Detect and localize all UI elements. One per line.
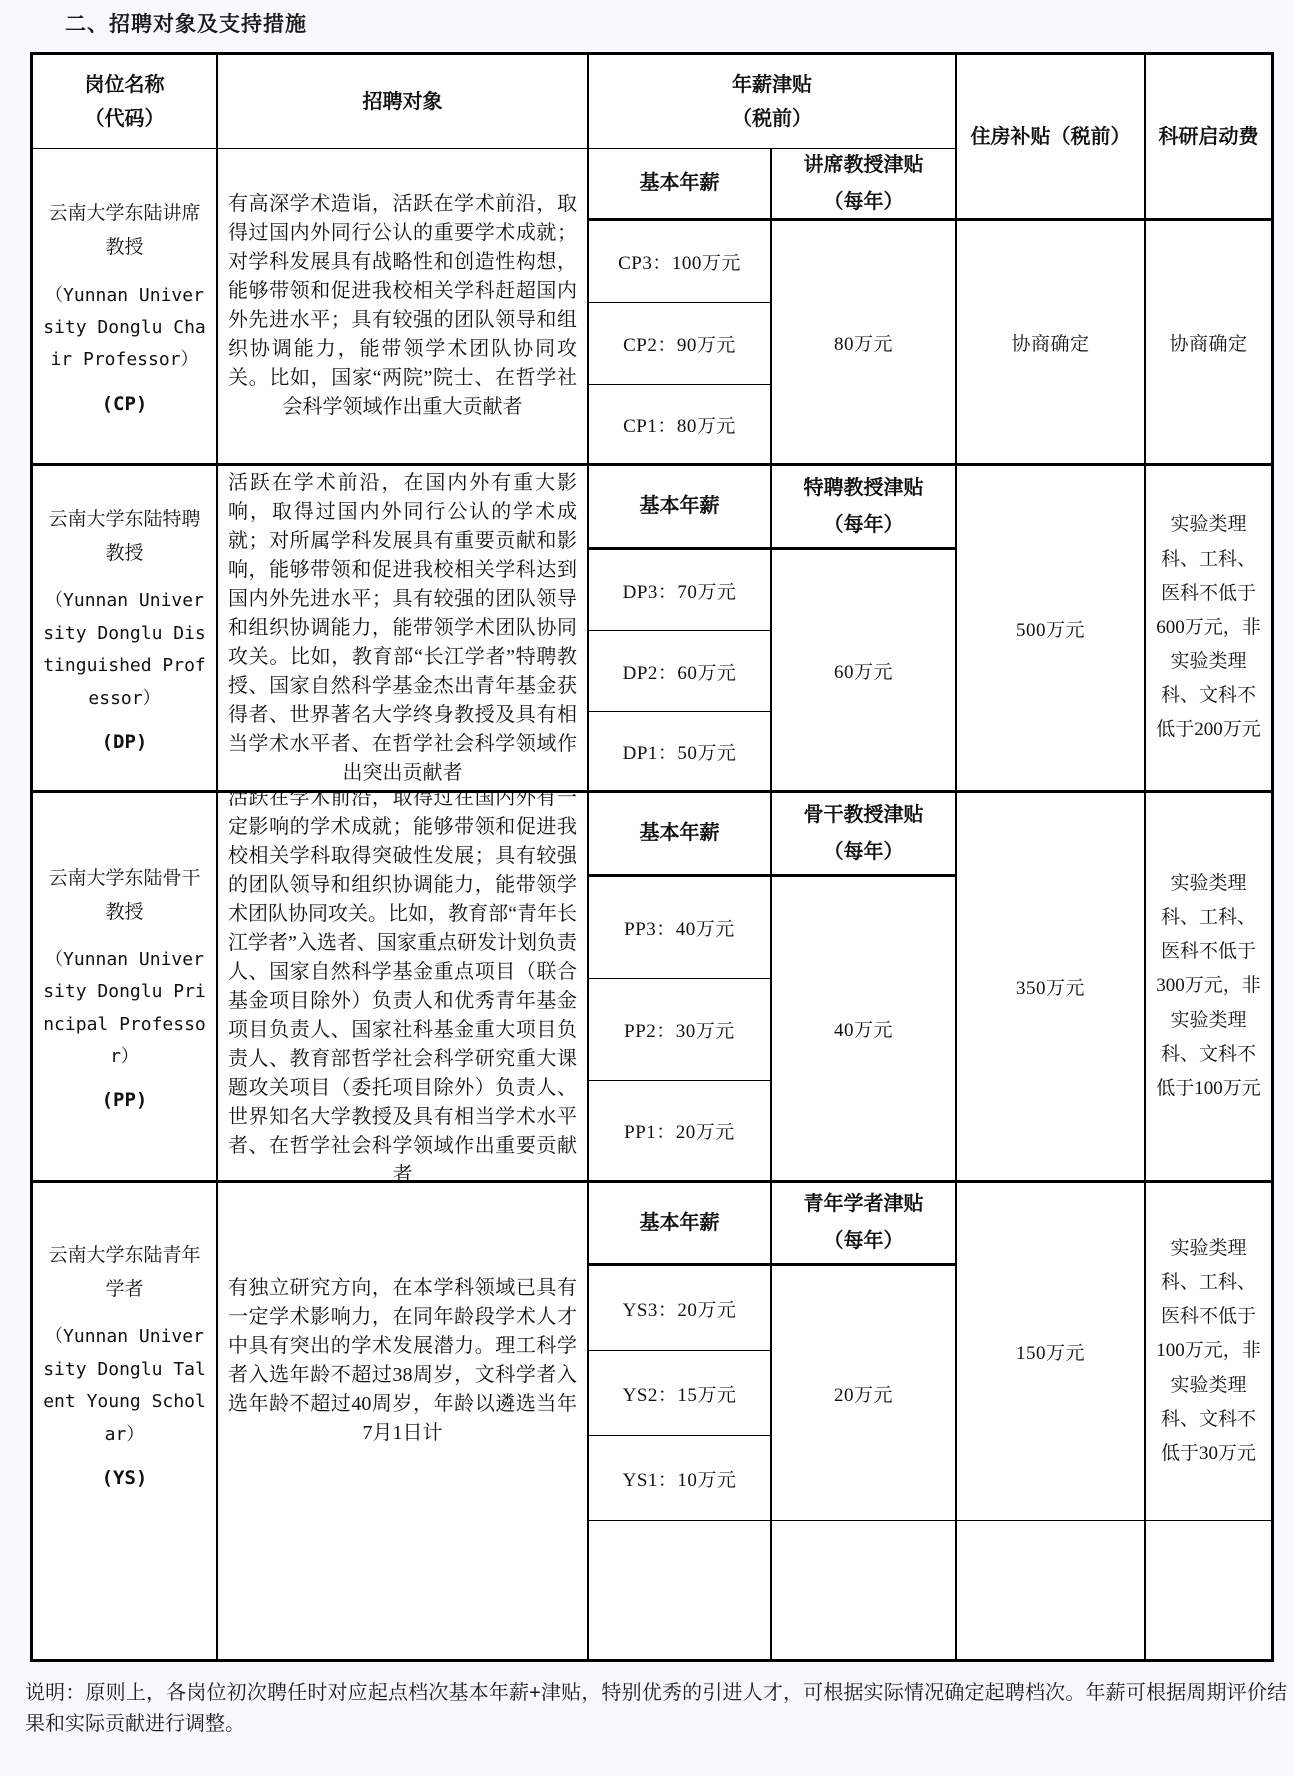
startup-value-pp: 实验类理科、工科、医科不低于300万元，非实验类理科、文科不低于100万元: [1146, 793, 1271, 1183]
header-target: 招聘对象: [218, 55, 589, 149]
header-position: 岗位名称 （代码）: [33, 55, 218, 149]
empty-cell: [1146, 1521, 1271, 1659]
allowance-header-ys: 青年学者津贴 （每年）: [772, 1183, 957, 1266]
base-salary-header-pp: 基本年薪: [589, 793, 772, 877]
empty-cell: [772, 1521, 957, 1659]
header-position-line2: （代码）: [85, 102, 165, 136]
position-title-pp: 云南大学东陆骨干教授 （Yunnan University Donglu Pri…: [33, 793, 218, 1183]
allowance-header-dp: 特聘教授津贴 （每年）: [772, 466, 957, 550]
target-description-pp: 活跃在学术前沿，取得过在国内外有一定影响的学术成就；能够带领和促进我校相关学科取…: [218, 793, 589, 1183]
position-name-en: （Yunnan University Donglu Distinguished …: [43, 585, 206, 715]
header-annual-salary: 年薪津贴 （税前）: [589, 55, 957, 149]
position-name-cn: 云南大学东陆讲席教授: [43, 197, 206, 265]
target-description-ys: 有独立研究方向，在本学科领域已具有一定学术影响力，在同年龄段学术人才中具有突出的…: [218, 1183, 589, 1659]
header-position-line1: 岗位名称: [85, 68, 165, 102]
position-code: (PP): [102, 1089, 148, 1111]
position-title-dp: 云南大学东陆特聘教授 （Yunnan University Donglu Dis…: [33, 466, 218, 793]
base-salary-dp3: DP3：70万元: [589, 550, 772, 631]
base-salary-ys2: YS2：15万元: [589, 1351, 772, 1436]
base-salary-cp1: CP1：80万元: [589, 385, 772, 466]
header-annual-line1: 年薪津贴: [732, 68, 812, 102]
base-salary-pp3: PP3：40万元: [589, 877, 772, 979]
base-salary-cp2: CP2：90万元: [589, 303, 772, 385]
header-annual-line2: （税前）: [732, 102, 812, 136]
header-housing: 住房补贴（税前）: [957, 55, 1146, 221]
base-salary-header-ys: 基本年薪: [589, 1183, 772, 1266]
allowance-value-ys: 20万元: [772, 1266, 957, 1521]
empty-cell: [957, 1521, 1146, 1659]
position-code: (DP): [102, 731, 148, 753]
allowance-value-dp: 60万元: [772, 550, 957, 793]
position-name-cn: 云南大学东陆青年学者: [43, 1239, 206, 1307]
position-name-en: （Yunnan University Donglu Talent Young S…: [43, 1321, 206, 1451]
base-salary-pp2: PP2：30万元: [589, 979, 772, 1081]
allowance-header-cp: 讲席教授津贴 （每年）: [772, 149, 957, 221]
allowance-value-cp: 80万元: [772, 221, 957, 466]
position-name-en: （Yunnan University Donglu Principal Prof…: [43, 944, 206, 1074]
base-salary-cp3: CP3：100万元: [589, 221, 772, 303]
base-salary-dp2: DP2：60万元: [589, 631, 772, 712]
base-salary-header-cp: 基本年薪: [589, 149, 772, 221]
position-code: (YS): [102, 1467, 148, 1489]
base-salary-header-dp: 基本年薪: [589, 466, 772, 550]
base-salary-ys1: YS1：10万元: [589, 1436, 772, 1521]
housing-value-dp: 500万元: [957, 466, 1146, 793]
position-title-ys: 云南大学东陆青年学者 （Yunnan University Donglu Tal…: [33, 1183, 218, 1659]
section-title: 二、招聘对象及支持措施: [65, 8, 307, 38]
base-salary-ys3: YS3：20万元: [589, 1266, 772, 1351]
recruitment-table: 岗位名称 （代码） 招聘对象 年薪津贴 （税前） 住房补贴（税前） 科研启动费 …: [30, 52, 1274, 1662]
note-text: 说明：原则上，各岗位初次聘任时对应起点档次基本年薪+津贴，特别优秀的引进人才，可…: [25, 1678, 1287, 1740]
housing-value-cp: 协商确定: [957, 221, 1146, 466]
housing-value-ys: 150万元: [957, 1183, 1146, 1521]
position-code: (CP): [102, 393, 148, 415]
target-description-cp: 有高深学术造诣，活跃在学术前沿，取得过国内外同行公认的重要学术成就；对学科发展具…: [218, 149, 589, 466]
allowance-header-pp: 骨干教授津贴 （每年）: [772, 793, 957, 877]
position-name-cn: 云南大学东陆特聘教授: [43, 503, 206, 571]
header-startup: 科研启动费: [1146, 55, 1271, 221]
startup-value-ys: 实验类理科、工科、医科不低于100万元，非实验类理科、文科不低于30万元: [1146, 1183, 1271, 1521]
position-title-cp: 云南大学东陆讲席教授 （Yunnan University Donglu Cha…: [33, 149, 218, 466]
position-name-cn: 云南大学东陆骨干教授: [43, 862, 206, 930]
startup-value-cp: 协商确定: [1146, 221, 1271, 466]
base-salary-pp1: PP1：20万元: [589, 1081, 772, 1183]
empty-cell: [589, 1521, 772, 1659]
allowance-value-pp: 40万元: [772, 877, 957, 1183]
startup-value-dp: 实验类理科、工科、医科不低于600万元，非实验类理科、文科不低于200万元: [1146, 466, 1271, 793]
position-name-en: （Yunnan University Donglu Chair Professo…: [43, 280, 206, 377]
target-description-dp: 活跃在学术前沿，在国内外有重大影响，取得过国内外同行公认的学术成就；对所属学科发…: [218, 466, 589, 793]
housing-value-pp: 350万元: [957, 793, 1146, 1183]
base-salary-dp1: DP1：50万元: [589, 712, 772, 793]
